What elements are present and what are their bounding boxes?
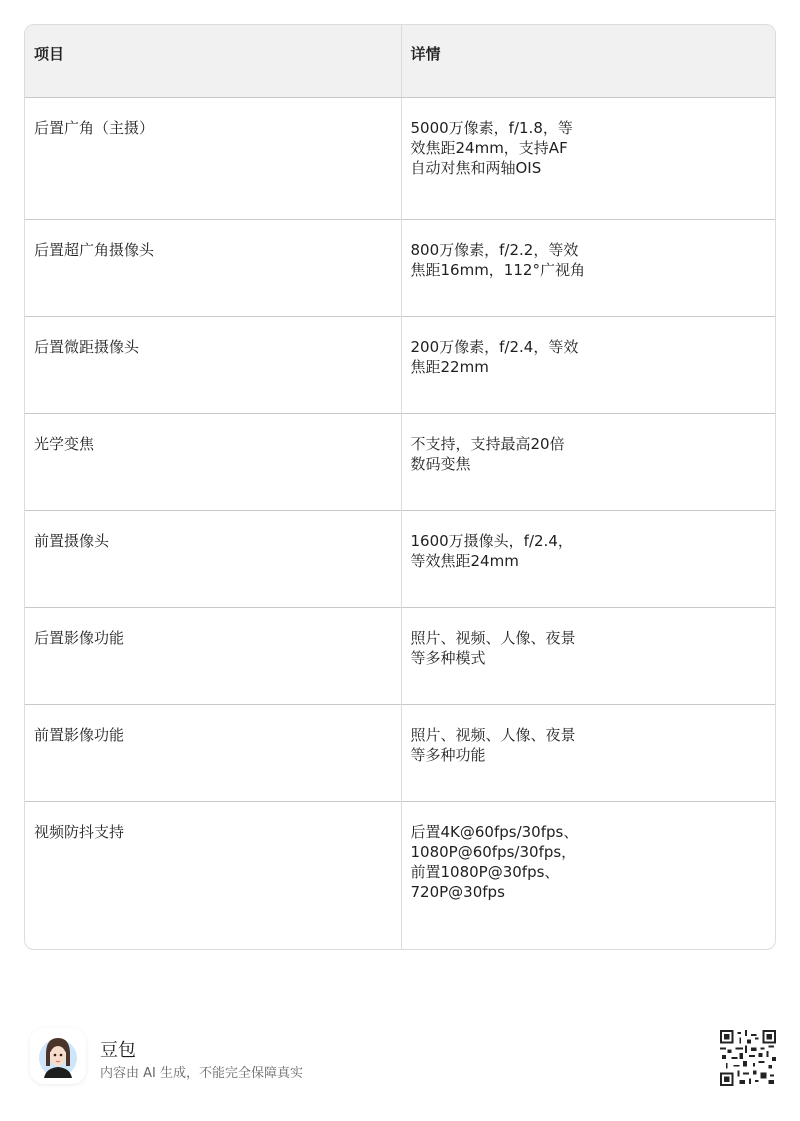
detail-line: 等效焦距24mm bbox=[411, 551, 767, 571]
cell-detail: 照片、视频、人像、夜景等多种功能 bbox=[401, 704, 775, 801]
table-row: 视频防抖支持后置4K@60fps/30fps、1080P@60fps/30fps… bbox=[25, 801, 775, 949]
brand-name: 豆包 bbox=[100, 1036, 136, 1062]
table-row: 前置影像功能照片、视频、人像、夜景等多种功能 bbox=[25, 704, 775, 801]
detail-line: 800万像素，f/2.2，等效 bbox=[411, 240, 767, 260]
detail-line: 1080P@60fps/30fps， bbox=[411, 842, 767, 862]
avatar-icon bbox=[36, 1032, 80, 1080]
table-row: 前置摄像头1600万摄像头，f/2.4，等效焦距24mm bbox=[25, 510, 775, 607]
cell-item: 后置超广角摄像头 bbox=[25, 219, 401, 316]
table-row: 后置微距摄像头200万像素，f/2.4，等效焦距22mm bbox=[25, 316, 775, 413]
header-detail: 详情 bbox=[401, 25, 775, 97]
detail-line: 200万像素，f/2.4，等效 bbox=[411, 337, 767, 357]
cell-item: 后置影像功能 bbox=[25, 607, 401, 704]
table-header-row: 项目 详情 bbox=[25, 25, 775, 97]
spec-table: 项目 详情 后置广角（主摄）5000万像素，f/1.8，等效焦距24mm，支持A… bbox=[25, 25, 775, 949]
detail-line: 焦距16mm，112°广视角 bbox=[411, 260, 767, 280]
cell-detail: 照片、视频、人像、夜景等多种模式 bbox=[401, 607, 775, 704]
header-item: 项目 bbox=[25, 25, 401, 97]
table-row: 后置广角（主摄）5000万像素，f/1.8，等效焦距24mm，支持AF自动对焦和… bbox=[25, 97, 775, 219]
detail-line: 后置4K@60fps/30fps、 bbox=[411, 822, 767, 842]
table-body: 后置广角（主摄）5000万像素，f/1.8，等效焦距24mm，支持AF自动对焦和… bbox=[25, 97, 775, 949]
cell-detail: 5000万像素，f/1.8，等效焦距24mm，支持AF自动对焦和两轴OIS bbox=[401, 97, 775, 219]
table-row: 后置影像功能照片、视频、人像、夜景等多种模式 bbox=[25, 607, 775, 704]
detail-line: 1600万摄像头，f/2.4， bbox=[411, 531, 767, 551]
cell-detail: 800万像素，f/2.2，等效焦距16mm，112°广视角 bbox=[401, 219, 775, 316]
cell-item: 前置摄像头 bbox=[25, 510, 401, 607]
avatar bbox=[30, 1028, 86, 1084]
detail-line: 自动对焦和两轴OIS bbox=[411, 158, 767, 178]
cell-detail: 1600万摄像头，f/2.4，等效焦距24mm bbox=[401, 510, 775, 607]
detail-line: 720P@30fps bbox=[411, 882, 767, 902]
detail-line: 焦距22mm bbox=[411, 357, 767, 377]
cell-item: 后置微距摄像头 bbox=[25, 316, 401, 413]
detail-line: 5000万像素，f/1.8，等 bbox=[411, 118, 767, 138]
table-row: 后置超广角摄像头800万像素，f/2.2，等效焦距16mm，112°广视角 bbox=[25, 219, 775, 316]
cell-item: 光学变焦 bbox=[25, 413, 401, 510]
detail-line: 等多种模式 bbox=[411, 648, 767, 668]
detail-line: 照片、视频、人像、夜景 bbox=[411, 725, 767, 745]
detail-line: 数码变焦 bbox=[411, 454, 767, 474]
cell-item: 后置广角（主摄） bbox=[25, 97, 401, 219]
ai-disclaimer: 内容由 AI 生成，不能完全保障真实 bbox=[100, 1062, 303, 1081]
detail-line: 效焦距24mm，支持AF bbox=[411, 138, 767, 158]
cell-detail: 200万像素，f/2.4，等效焦距22mm bbox=[401, 316, 775, 413]
table-row: 光学变焦不支持，支持最高20倍数码变焦 bbox=[25, 413, 775, 510]
spec-table-container: 项目 详情 后置广角（主摄）5000万像素，f/1.8，等效焦距24mm，支持A… bbox=[24, 24, 776, 950]
qr-code-icon bbox=[720, 1030, 776, 1086]
cell-detail: 后置4K@60fps/30fps、1080P@60fps/30fps，前置108… bbox=[401, 801, 775, 949]
detail-line: 等多种功能 bbox=[411, 745, 767, 765]
cell-detail: 不支持，支持最高20倍数码变焦 bbox=[401, 413, 775, 510]
detail-line: 不支持，支持最高20倍 bbox=[411, 434, 767, 454]
detail-line: 照片、视频、人像、夜景 bbox=[411, 628, 767, 648]
cell-item: 视频防抖支持 bbox=[25, 801, 401, 949]
detail-line: 前置1080P@30fps、 bbox=[411, 862, 767, 882]
footer: 豆包 内容由 AI 生成，不能完全保障真实 bbox=[30, 1028, 780, 1088]
cell-item: 前置影像功能 bbox=[25, 704, 401, 801]
